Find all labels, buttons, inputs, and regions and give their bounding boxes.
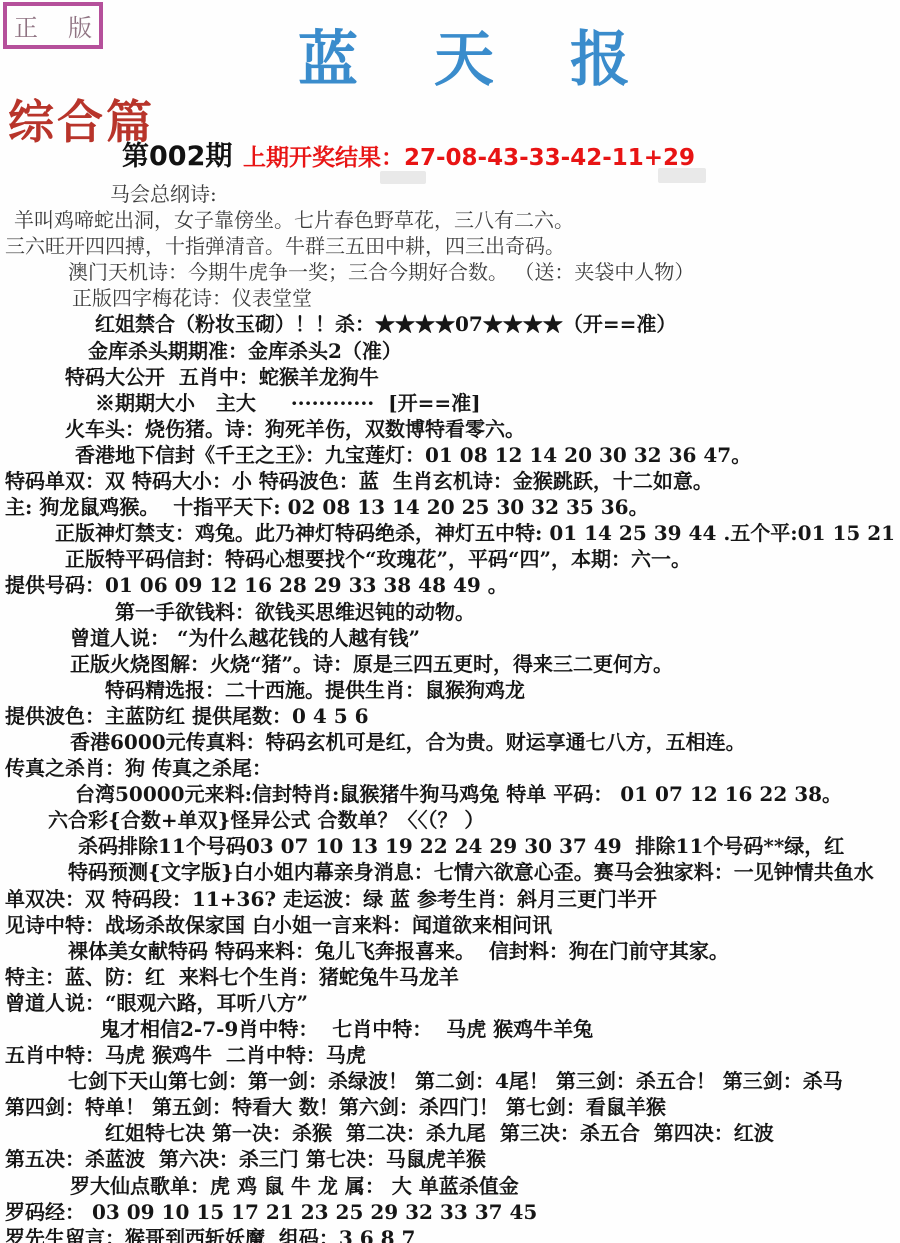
body-lines: 马会总纲诗:羊叫鸡啼蛇出洞，女子靠傍坐。七片春色野草花，三八有二六。三六旺开四四… [0,181,900,1243]
text-line-30: 裸体美女献特码 特码来料：兔儿飞奔报喜来。 信封料：狗在门前守其家。 [0,938,900,964]
text-line-5: 正版四字梅花诗：仪表堂堂 [0,285,900,311]
text-line-34: 五肖中特：马虎 猴鸡牛 二肖中特：马虎 [0,1042,900,1068]
text-line-1: 马会总纲诗: [0,181,900,207]
text-line-33: 鬼才相信2-7-9肖中特： 七肖中特： 马虎 猴鸡牛羊兔 [0,1016,900,1042]
text-line-41: 罗先生留言：猴哥到西斩妖魔 组码：3 6 8 7 [0,1225,900,1243]
text-line-15: 正版特平码信封：特码心想要找个“玫瑰花”，平码“四”，本期：六一。 [0,546,900,572]
text-line-23: 传真之杀肖：狗 传真之杀尾： [0,755,900,781]
text-line-17: 第一手欲钱料：欲钱买思维迟钝的动物。 [0,599,900,625]
text-line-35: 七剑下天山第七剑：第一剑：杀绿波！ 第二剑：4尾！ 第三剑：杀五合！ 第三剑：杀… [0,1068,900,1094]
text-line-18: 曾道人说： “为什么越花钱的人越有钱” [0,625,900,651]
text-line-2: 羊叫鸡啼蛇出洞，女子靠傍坐。七片春色野草花，三八有二六。 [0,207,900,233]
text-line-39: 罗大仙点歌单：虎 鸡 鼠 牛 龙 属： 大 单蓝杀值金 [0,1173,900,1199]
text-line-19: 正版火烧图解：火烧“猪”。诗：原是三四五更时，得来三二更何方。 [0,651,900,677]
text-line-4: 澳门天机诗：今期牛虎争一奖；三合今期好合数。 （送：夹袋中人物） [0,259,900,285]
text-line-22: 香港6000元传真料：特码玄机可是红，合为贵。财运享通七八方，五相连。 [0,729,900,755]
newspaper-page: 正版 蓝天报 综合篇 第002期 上期开奖结果：27-08-43-33-42-1… [0,0,900,1243]
text-line-38: 第五决：杀蓝波 第六决：杀三门 第七决：马鼠虎羊猴 [0,1146,900,1172]
text-line-16: 提供号码：01 06 09 12 16 28 29 33 38 48 49 。 [0,572,900,598]
last-draw-result: 上期开奖结果：27-08-43-33-42-11+29 [243,139,695,172]
issue-number: 第002期 [122,134,232,173]
text-line-37: 红姐特七决 第一决：杀猴 第二决：杀九尾 第三决：杀五合 第四决：红波 [0,1120,900,1146]
text-line-12: 特码单双：双 特码大小：小 特码波色：蓝 生肖玄机诗：金猴跳跃，十二如意。 [0,468,900,494]
text-line-7: 金库杀头期期准：金库杀头2（准） [0,338,900,364]
paper-title: 蓝天报 [298,12,706,98]
text-line-25: 六合彩{合数+单双}怪异公式 合数单？〈〈（？ ） [0,807,900,833]
text-line-11: 香港地下信封《千王之王》：九宝莲灯：01 08 12 14 20 30 32 3… [0,442,900,468]
last-draw-result-label: 上期开奖结果： [243,145,404,171]
text-line-6: 红姐禁合（粉妆玉砌）！！杀：★★★★07★★★★（开==准） [0,311,900,337]
text-line-32: 曾道人说：“眼观六路，耳听八方” [0,990,900,1016]
text-line-13: 主: 狗龙鼠鸡猴。 十指平天下: 02 08 13 14 20 25 30 32… [0,494,900,520]
text-line-27: 特码预测{文字版}白小姐内幕亲身消息：七情六欲意心歪。赛马会独家料：一见钟情共鱼… [0,859,900,885]
text-line-14: 正版神灯禁支：鸡兔。此乃神灯特码绝杀，神灯五中特: 01 14 25 39 44… [0,520,900,546]
text-line-8: 特码大公开 五肖中：蛇猴羊龙狗牛 [0,364,900,390]
text-line-40: 罗码经： 03 09 10 15 17 21 23 25 29 32 33 37… [0,1199,900,1225]
text-line-31: 特主：蓝、防：红 来料七个生肖：猪蛇兔牛马龙羊 [0,964,900,990]
last-draw-result-numbers: 27-08-43-33-42-11+29 [404,145,695,171]
edition-badge: 正版 [3,2,103,49]
text-line-36: 第四剑：特单！ 第五剑：特看大 数！第六剑：杀四门！ 第七剑：看鼠羊猴 [0,1094,900,1120]
text-line-21: 提供波色：主蓝防红 提供尾数：0 4 5 6 [0,703,900,729]
text-line-24: 台湾50000元来料:信封特肖:鼠猴猪牛狗马鸡兔 特单 平码： 01 07 12… [0,781,900,807]
edition-badge-label: 正版 [0,8,122,43]
text-line-29: 见诗中特：战场杀故保家国 白小姐一言来料：闻道欲来相问讯 [0,912,900,938]
text-line-9: ※期期大小 主大 ············ [开==准] [0,390,900,416]
text-line-3: 三六旺开四四搏，十指弹清音。牛群三五田中耕，四三出奇码。 [0,233,900,259]
text-line-26: 杀码排除11个号码03 07 10 13 19 22 24 29 30 37 4… [0,833,900,859]
text-line-20: 特码精选报：二十西施。提供生肖：鼠猴狗鸡龙 [0,677,900,703]
text-line-10: 火车头：烧伤猪。诗：狗死羊伤，双数博特看零六。 [0,416,900,442]
text-line-28: 单双决：双 特码段：11+36? 走运波：绿 蓝 参考生肖：斜月三更门半开 [0,886,900,912]
